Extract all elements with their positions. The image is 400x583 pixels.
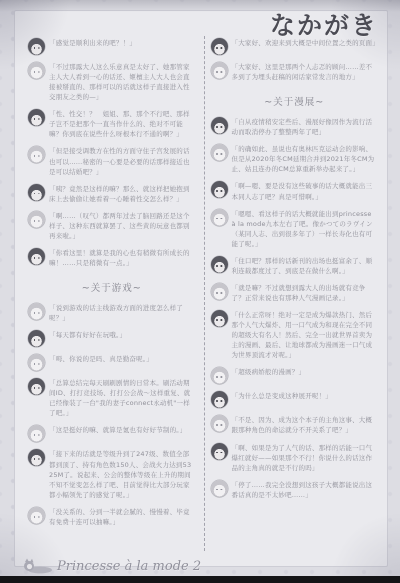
- dialogue-text: 「为什么总是变成这种展开呢！」: [232, 391, 379, 401]
- left-column: 「感觉是顺利出来的吧？！」「不过那露大人这么乐意真是太好了、她那管家主人大人看到…: [24, 36, 202, 551]
- character-b-avatar: [211, 480, 228, 497]
- character-a-avatar: [28, 330, 45, 347]
- character-a-avatar: [211, 181, 228, 198]
- character-b-avatar: [28, 425, 45, 442]
- dialogue-text: 「啊、如果是为了人气的话、那样的话能一口气爆红就好——如果那个不行！你说什么的话…: [232, 443, 379, 473]
- dialogue-text: 「停了……我完全没想到这孩子大概都能说出这番话真的是不太妙吧……」: [232, 480, 379, 500]
- dialogue-entry: 「你看这里！就算是我的心也有稍微有所成长的嘛！……只是稍微有一点。」: [28, 248, 196, 268]
- dialogue-entry: 「接下来的话就是等级升到了247级、数值全部都到顶了、持有角色数150人、会战火…: [28, 449, 196, 499]
- dialogue-text: 「大家好、这里是那两个人忐忑的顾问……差不多到了为埋头赶稿的闲话家常发言的地方」: [232, 62, 379, 82]
- dialogue-columns: 「感觉是顺利出来的吧？！」「不过那露大人这么乐意真是太好了、她那管家主人大人看到…: [24, 36, 384, 551]
- doujinshi-afterword-page: なかがき 「感觉是顺利出来的吧？！」「不过那露大人这么乐意真是太好了、她那管家主…: [0, 0, 400, 583]
- dialogue-entry: 「啊—嗯、要是没有这些破事的话大概就能出三本同人志了吧？真是可惜啊。」: [211, 181, 379, 201]
- dialogue-entry: 「什么正常呀！绝对一定是成为爆款热门、然后那个人气大爆炸、用一口气成为和现在完全…: [211, 310, 379, 360]
- character-a-avatar: [28, 184, 45, 201]
- dialogue-entry: 「没关系的、分到一半就会腻的、慢慢着、毕竟有免费十连可以抽嘛。」: [28, 507, 196, 527]
- character-a-avatar: [211, 38, 228, 55]
- section-header: ~关于游戏~: [28, 280, 196, 294]
- character-b-avatar: [28, 211, 45, 228]
- dialogue-text: 「你看这里！就算是我的心也有稍微有所成长的嘛！……只是稍微有一点。」: [49, 248, 196, 268]
- character-a-avatar: [28, 109, 45, 126]
- dialogue-text: 「啊—嗯、要是没有这些破事的话大概就能出三本同人志了吧？真是可惜啊。」: [232, 181, 379, 201]
- dialogue-text: 「咦？竟然是这样的嘛？那么、就这样把她抱到床上去偷偷让她看着一心睡着性交怎么样？…: [49, 184, 196, 204]
- dialogue-text: 「嗯嗯、看这样子的话大概就能出到princesse à la mode九本左右了…: [232, 209, 379, 249]
- dialogue-entry: 「嗯嗯、看这样子的话大概就能出到princesse à la mode九本左右了…: [211, 209, 379, 249]
- character-a-avatar: [28, 378, 45, 395]
- dialogue-text: 「住口吧？那样的话新刊的出场也挺富余了、顺利连载都度过了、到底是在做什么啊。」: [232, 256, 379, 276]
- character-b-avatar: [211, 62, 228, 79]
- dialogue-entry: 「停了……我完全没想到这孩子大概都能说出这番话真的是不太妙吧……」: [211, 480, 379, 500]
- bottom-scan-edge: [0, 576, 400, 583]
- dialogue-text: 「感觉是顺利出来的吧？！」: [49, 38, 196, 48]
- mascot-icon: [20, 558, 54, 574]
- dialogue-entry: 「啊、如果是为了人气的话、那样的话能一口气爆红就好——如果那个不行！你说什么的话…: [211, 443, 379, 473]
- dialogue-entry: 「的确如此、虽说也有奥林匹克运动会的影响、但是从2020年冬CM延期合并到202…: [211, 144, 379, 174]
- dialogue-text: 「接下来的话就是等级升到了247级、数值全部都到顶了、持有角色数150人、会战火…: [49, 449, 196, 499]
- dialogue-text: 「不是、因为、成为这个本子的主角这事、大概跟那种角色的命运就分不开关系了吧？」: [232, 415, 379, 435]
- character-a-avatar: [211, 443, 228, 460]
- character-b-avatar: [211, 367, 228, 384]
- dialogue-entry: 「大家好、这里是那两个人忐忑的顾问……差不多到了为埋头赶稿的闲话家常发言的地方」: [211, 62, 379, 82]
- dialogue-entry: 「但是接受调教方在性的方面守住子宫发展的话也可以……秘密的一心要是必要的话那样接…: [28, 146, 196, 176]
- dialogue-text: 「自从疫情稍安定些后、漫展好像因作为流行活动而取消停办了整整两年了吧」: [232, 117, 379, 137]
- dialogue-text: 「呣、你说的是吗、真是勤奋呢。」: [49, 354, 196, 364]
- dialogue-entry: 「不是、因为、成为这个本子的主角这事、大概跟那种角色的命运就分不开关系了吧？」: [211, 415, 379, 435]
- right-column: 「大家好、欢迎来到大概是中间位置之类的页面」「大家好、这里是那两个人忐忑的顾问……: [207, 36, 385, 551]
- dialogue-text: 「这是挺好的嘛、就算是氪也有好好节制的。」: [49, 425, 196, 435]
- dialogue-entry: 「住口吧？那样的话新刊的出场也挺富余了、顺利连载都度过了、到底是在做什么啊。」: [211, 256, 379, 276]
- dialogue-entry: 「为什么总是变成这种展开呢！」: [211, 391, 379, 408]
- dialogue-entry: 「感觉是顺利出来的吧？！」: [28, 38, 196, 55]
- character-a-avatar: [28, 38, 45, 55]
- dialogue-text: 「就是嘛？不过就想到露大人的出场就有竞争了？正常来说也有那种人气漫画记录。」: [232, 283, 379, 303]
- dialogue-text: 「的确如此、虽说也有奥林匹克运动会的影响、但是从2020年冬CM延期合并到202…: [232, 144, 379, 174]
- dialogue-entry: 「超级病娇般的漫画？」: [211, 367, 379, 384]
- dialogue-entry: 「就是嘛？不过就想到露大人的出场就有竞争了？正常来说也有那种人气漫画记录。」: [211, 283, 379, 303]
- character-b-avatar: [28, 507, 45, 524]
- character-a-avatar: [28, 449, 45, 466]
- character-a-avatar: [211, 391, 228, 408]
- character-b-avatar: [28, 303, 45, 320]
- dialogue-entry: 「总算总结完每天刷刷剧情的日常本。刷活动期间ID、打打竞技场、打打公会战～这样重…: [28, 378, 196, 418]
- character-a-avatar: [211, 310, 228, 327]
- character-b-avatar: [28, 146, 45, 163]
- dialogue-entry: 「这是挺好的嘛、就算是氪也有好好节制的。」: [28, 425, 196, 442]
- dialogue-entry: 「呣、你说的是吗、真是勤奋呢。」: [28, 354, 196, 371]
- dialogue-text: 「每天都有好好在玩哦。」: [49, 330, 196, 340]
- column-divider: [204, 36, 205, 551]
- dialogue-entry: 「每天都有好好在玩哦。」: [28, 330, 196, 347]
- section-header: ~关于漫展~: [211, 94, 379, 108]
- dialogue-text: 「但是接受调教方在性的方面守住子宫发展的话也可以……秘密的一心要是必要的话那样接…: [49, 146, 196, 176]
- dialogue-entry: 「说到游戏的话主线游戏方面的进度怎么样了呢？」: [28, 303, 196, 323]
- dialogue-text: 「说到游戏的话主线游戏方面的进度怎么样了呢？」: [49, 303, 196, 323]
- dialogue-entry: 「咦？竟然是这样的嘛？那么、就这样把她抱到床上去偷偷让她看着一心睡着性交怎么样？…: [28, 184, 196, 204]
- page-title: なかがき: [270, 6, 378, 42]
- dialogue-entry: 「自从疫情稍安定些后、漫展好像因作为流行活动而取消停办了整整两年了吧」: [211, 117, 379, 137]
- character-a-avatar: [211, 256, 228, 273]
- dialogue-text: 「总算总结完每天刷刷剧情的日常本。刷活动期间ID、打打竞技场、打打公会战～这样重…: [49, 378, 196, 418]
- series-title: Princesse à la mode 2: [57, 559, 201, 574]
- dialogue-entry: 「不过那露大人这么乐意真是太好了、她那管家主人大人看到一心的话还、姬檀主人大人也…: [28, 62, 196, 102]
- dialogue-text: 「啊……（叹气）都两年过去了脑回路还是这个样子、这种东西就算罢了、这些黄的玩意也…: [49, 211, 196, 241]
- character-b-avatar: [211, 415, 228, 432]
- character-b-avatar: [211, 209, 228, 226]
- dialogue-entry: 「性、性交！？ 姐姐、那、那个不行吧、那样子岂不是把那个一直当作什么的、绝对不可…: [28, 109, 196, 139]
- dialogue-text: 「超级病娇般的漫画？」: [232, 367, 379, 377]
- dialogue-text: 「性、性交！？ 姐姐、那、那个不行吧、那样子岂不是把那个一直当作什么的、绝对不可…: [49, 109, 196, 139]
- dialogue-text: 「什么正常呀！绝对一定是成为爆款热门、然后那个人气大爆炸、用一口气成为和现在完全…: [232, 310, 379, 360]
- dialogue-entry: 「啊……（叹气）都两年过去了脑回路还是这个样子、这种东西就算罢了、这些黄的玩意也…: [28, 211, 196, 241]
- footer: Princesse à la mode 2: [20, 558, 201, 574]
- character-a-avatar: [28, 248, 45, 265]
- character-b-avatar: [28, 62, 45, 79]
- dialogue-text: 「没关系的、分到一半就会腻的、慢慢着、毕竟有免费十连可以抽嘛。」: [49, 507, 196, 527]
- character-b-avatar: [211, 283, 228, 300]
- character-b-avatar: [211, 144, 228, 161]
- dialogue-text: 「不过那露大人这么乐意真是太好了、她那管家主人大人看到一心的话还、姬檀主人大人也…: [49, 62, 196, 102]
- character-b-avatar: [28, 354, 45, 371]
- character-a-avatar: [211, 117, 228, 134]
